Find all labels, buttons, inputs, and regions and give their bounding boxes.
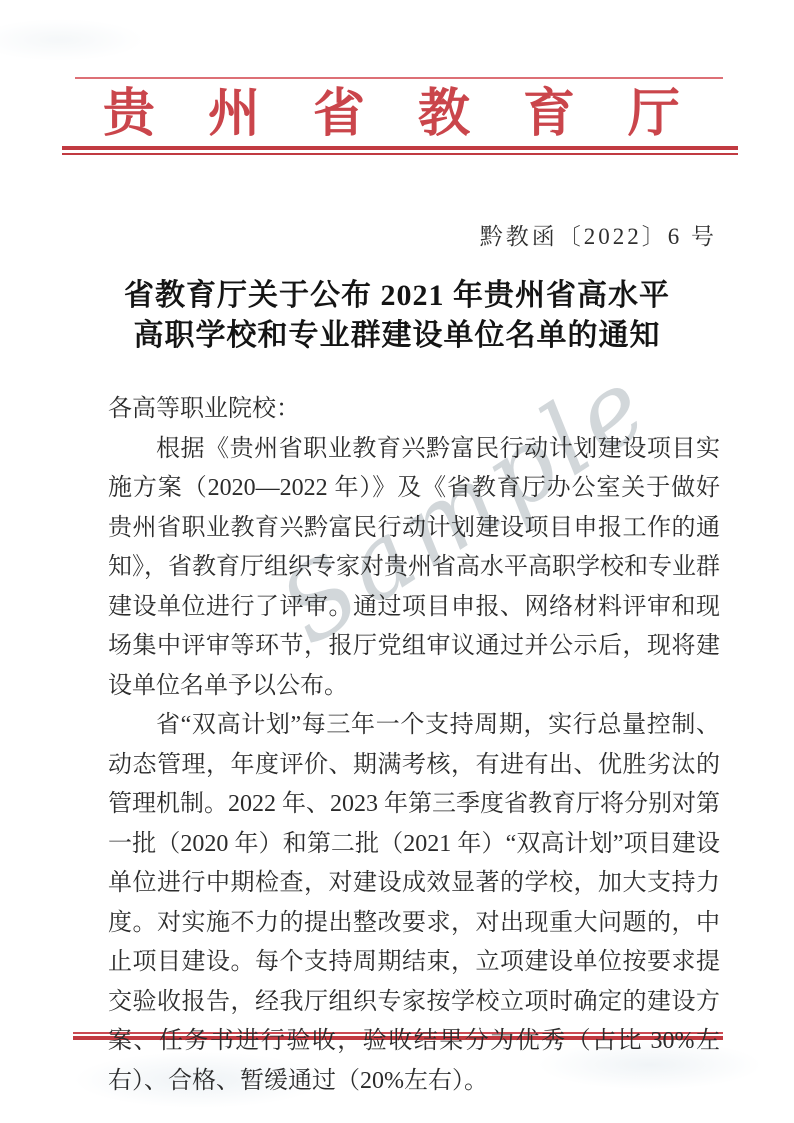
salutation: 各高等职业院校：: [108, 390, 720, 430]
document-number: 黔教函〔2022〕6 号: [480, 218, 717, 251]
agency-char: 州: [208, 88, 260, 140]
document-title-line1: 省教育厅关于公布 2021 年贵州省高水平: [40, 276, 754, 316]
agency-char: 教: [418, 88, 470, 140]
document-title-line2: 高职学校和专业群建设单位名单的通知: [40, 316, 754, 356]
letterhead-agency-name: 贵州省教育厅: [103, 84, 680, 144]
document-page: 贵州省教育厅 黔教函〔2022〕6 号 省教育厅关于公布 2021 年贵州省高水…: [0, 0, 794, 1123]
document-body: 各高等职业院校： 根据《贵州省职业教育兴黔富民行动计划建设项目实施方案（2020…: [108, 390, 720, 1101]
letterhead-double-rule: [62, 146, 738, 155]
agency-char: 育: [523, 88, 575, 140]
letterhead-top-rule: [75, 77, 723, 79]
agency-char: 贵: [103, 88, 155, 140]
body-paragraph: 根据《贵州省职业教育兴黔富民行动计划建设项目实施方案（2020—2022 年）》…: [108, 430, 720, 707]
body-paragraph: 省“双高计划”每三年一个支持周期，实行总量控制、动态管理，年度评价、期满考核，有…: [108, 706, 720, 1101]
rule-bar: [62, 153, 738, 155]
agency-char: 省: [313, 88, 365, 140]
paragraphs: 根据《贵州省职业教育兴黔富民行动计划建设项目实施方案（2020—2022 年）》…: [108, 430, 720, 1102]
document-title: 省教育厅关于公布 2021 年贵州省高水平 高职学校和专业群建设单位名单的通知: [40, 276, 754, 356]
agency-char: 厅: [628, 88, 680, 140]
